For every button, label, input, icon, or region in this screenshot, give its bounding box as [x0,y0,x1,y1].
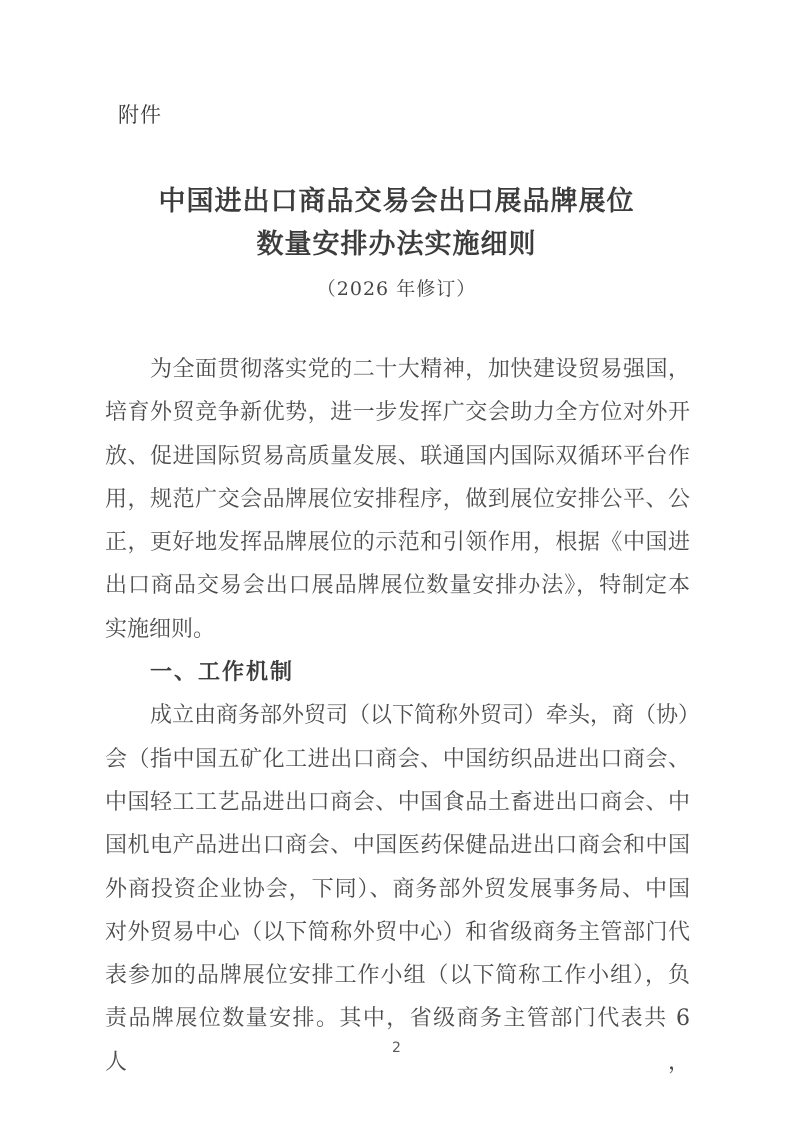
doc-text-line: 表参加的品牌展位安排工作小组（以下简称工作小组），负 [105,954,690,997]
doc-text-line: 国机电产品进出口商会、中国医药保健品进出口商会和中国 [105,824,690,867]
document-subtitle: （2026 年修订） [0,274,793,301]
doc-text-line: 外商投资企业协会，下同）、商务部外贸发展事务局、中国 [105,868,690,911]
document-body: 为全面贯彻落实党的二十大精神，加快建设贸易强国，培育外贸竞争新优势，进一步发挥广… [105,348,690,1041]
document-title-line-1: 中国进出口商品交易会出口展品牌展位 [0,180,793,223]
attachment-label: 附件 [118,103,162,127]
doc-text-line: 成立由商务部外贸司（以下简称外贸司）牵头，商（协） [105,694,690,737]
page-number: 2 [0,1040,793,1056]
doc-text-line: 用，规范广交会品牌展位安排程序，做到展位安排公平、公 [105,478,690,521]
doc-text-line: 实施细则。 [105,608,690,651]
doc-text-line: 放、促进国际贸易高质量发展、联通国内国际双循环平台作 [105,435,690,478]
doc-text-line: 责品牌展位数量安排。其中，省级商务主管部门代表共 6 人， [105,997,690,1040]
document-title-line-2: 数量安排办法实施细则 [0,223,793,266]
doc-text-line: 正，更好地发挥品牌展位的示范和引领作用，根据《中国进 [105,521,690,564]
doc-text-line: 出口商品交易会出口展品牌展位数量安排办法》，特制定本 [105,564,690,607]
doc-text-line: 中国轻工工艺品进出口商会、中国食品土畜进出口商会、中 [105,781,690,824]
document-page: 附件 中国进出口商品交易会出口展品牌展位 数量安排办法实施细则 （2026 年修… [0,0,793,1121]
doc-text-line: 为全面贯彻落实党的二十大精神，加快建设贸易强国， [105,348,690,391]
section-heading: 一、工作机制 [105,651,690,694]
doc-text-line: 对外贸易中心（以下简称外贸中心）和省级商务主管部门代 [105,911,690,954]
document-title: 中国进出口商品交易会出口展品牌展位 数量安排办法实施细则 [0,180,793,266]
doc-text-line: 会（指中国五矿化工进出口商会、中国纺织品进出口商会、 [105,738,690,781]
doc-text-line: 培育外贸竞争新优势，进一步发挥广交会助力全方位对外开 [105,391,690,434]
